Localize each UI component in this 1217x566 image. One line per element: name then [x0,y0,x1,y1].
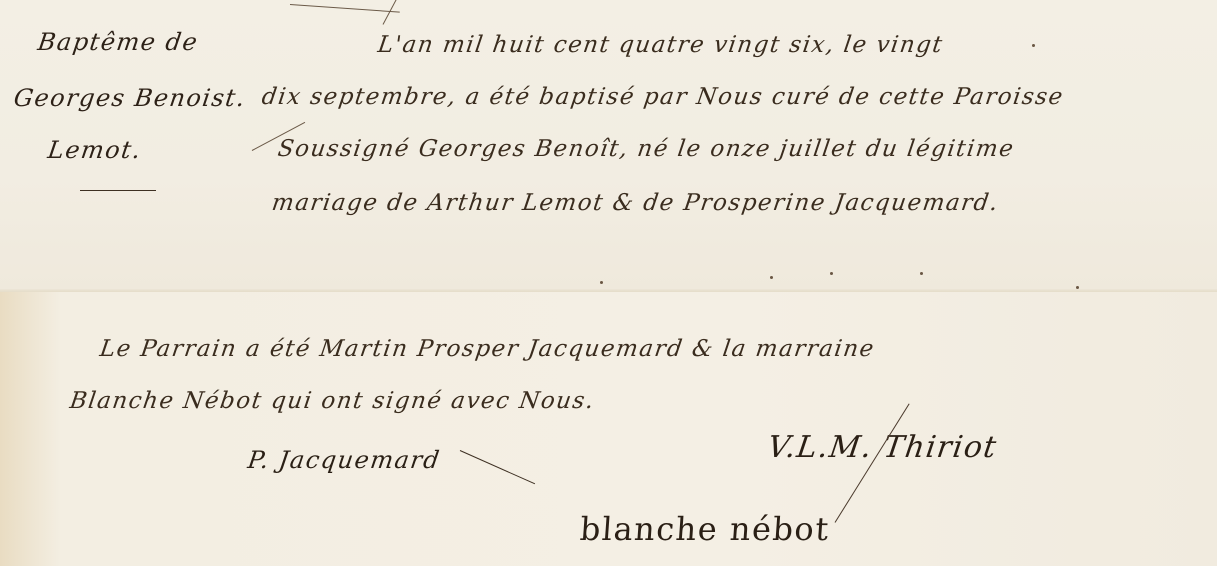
ink-speck [830,272,833,275]
godparents-line-2: Blanche Nébot qui ont signé avec Nous. [68,388,596,414]
entry-line-3: Soussigné Georges Benoît, né le onze jui… [276,136,1016,162]
margin-underline [80,190,156,191]
ink-speck [920,272,923,275]
entry-line-1: L'an mil huit cent quatre vingt six, le … [376,32,945,58]
margin-child-name: Georges Benoist. [12,84,248,112]
signature-godmother: blanche nébot [579,510,831,548]
margin-surname: Lemot. [46,136,144,164]
margin-title: Baptême de [36,28,200,56]
ink-speck [1032,44,1035,47]
godparents-line-1: Le Parrain a été Martin Prosper Jacquema… [98,336,876,362]
ink-speck [1076,286,1079,289]
signature-priest: V.L.M. Thiriot [766,430,1000,465]
entry-line-2: dix septembre, a été baptisé par Nous cu… [260,84,1065,110]
ink-speck [770,276,773,279]
signature-godfather: P. Jacquemard [246,446,442,474]
ink-speck [600,281,603,284]
entry-line-4: mariage de Arthur Lemot & de Prosperine … [270,190,1000,216]
